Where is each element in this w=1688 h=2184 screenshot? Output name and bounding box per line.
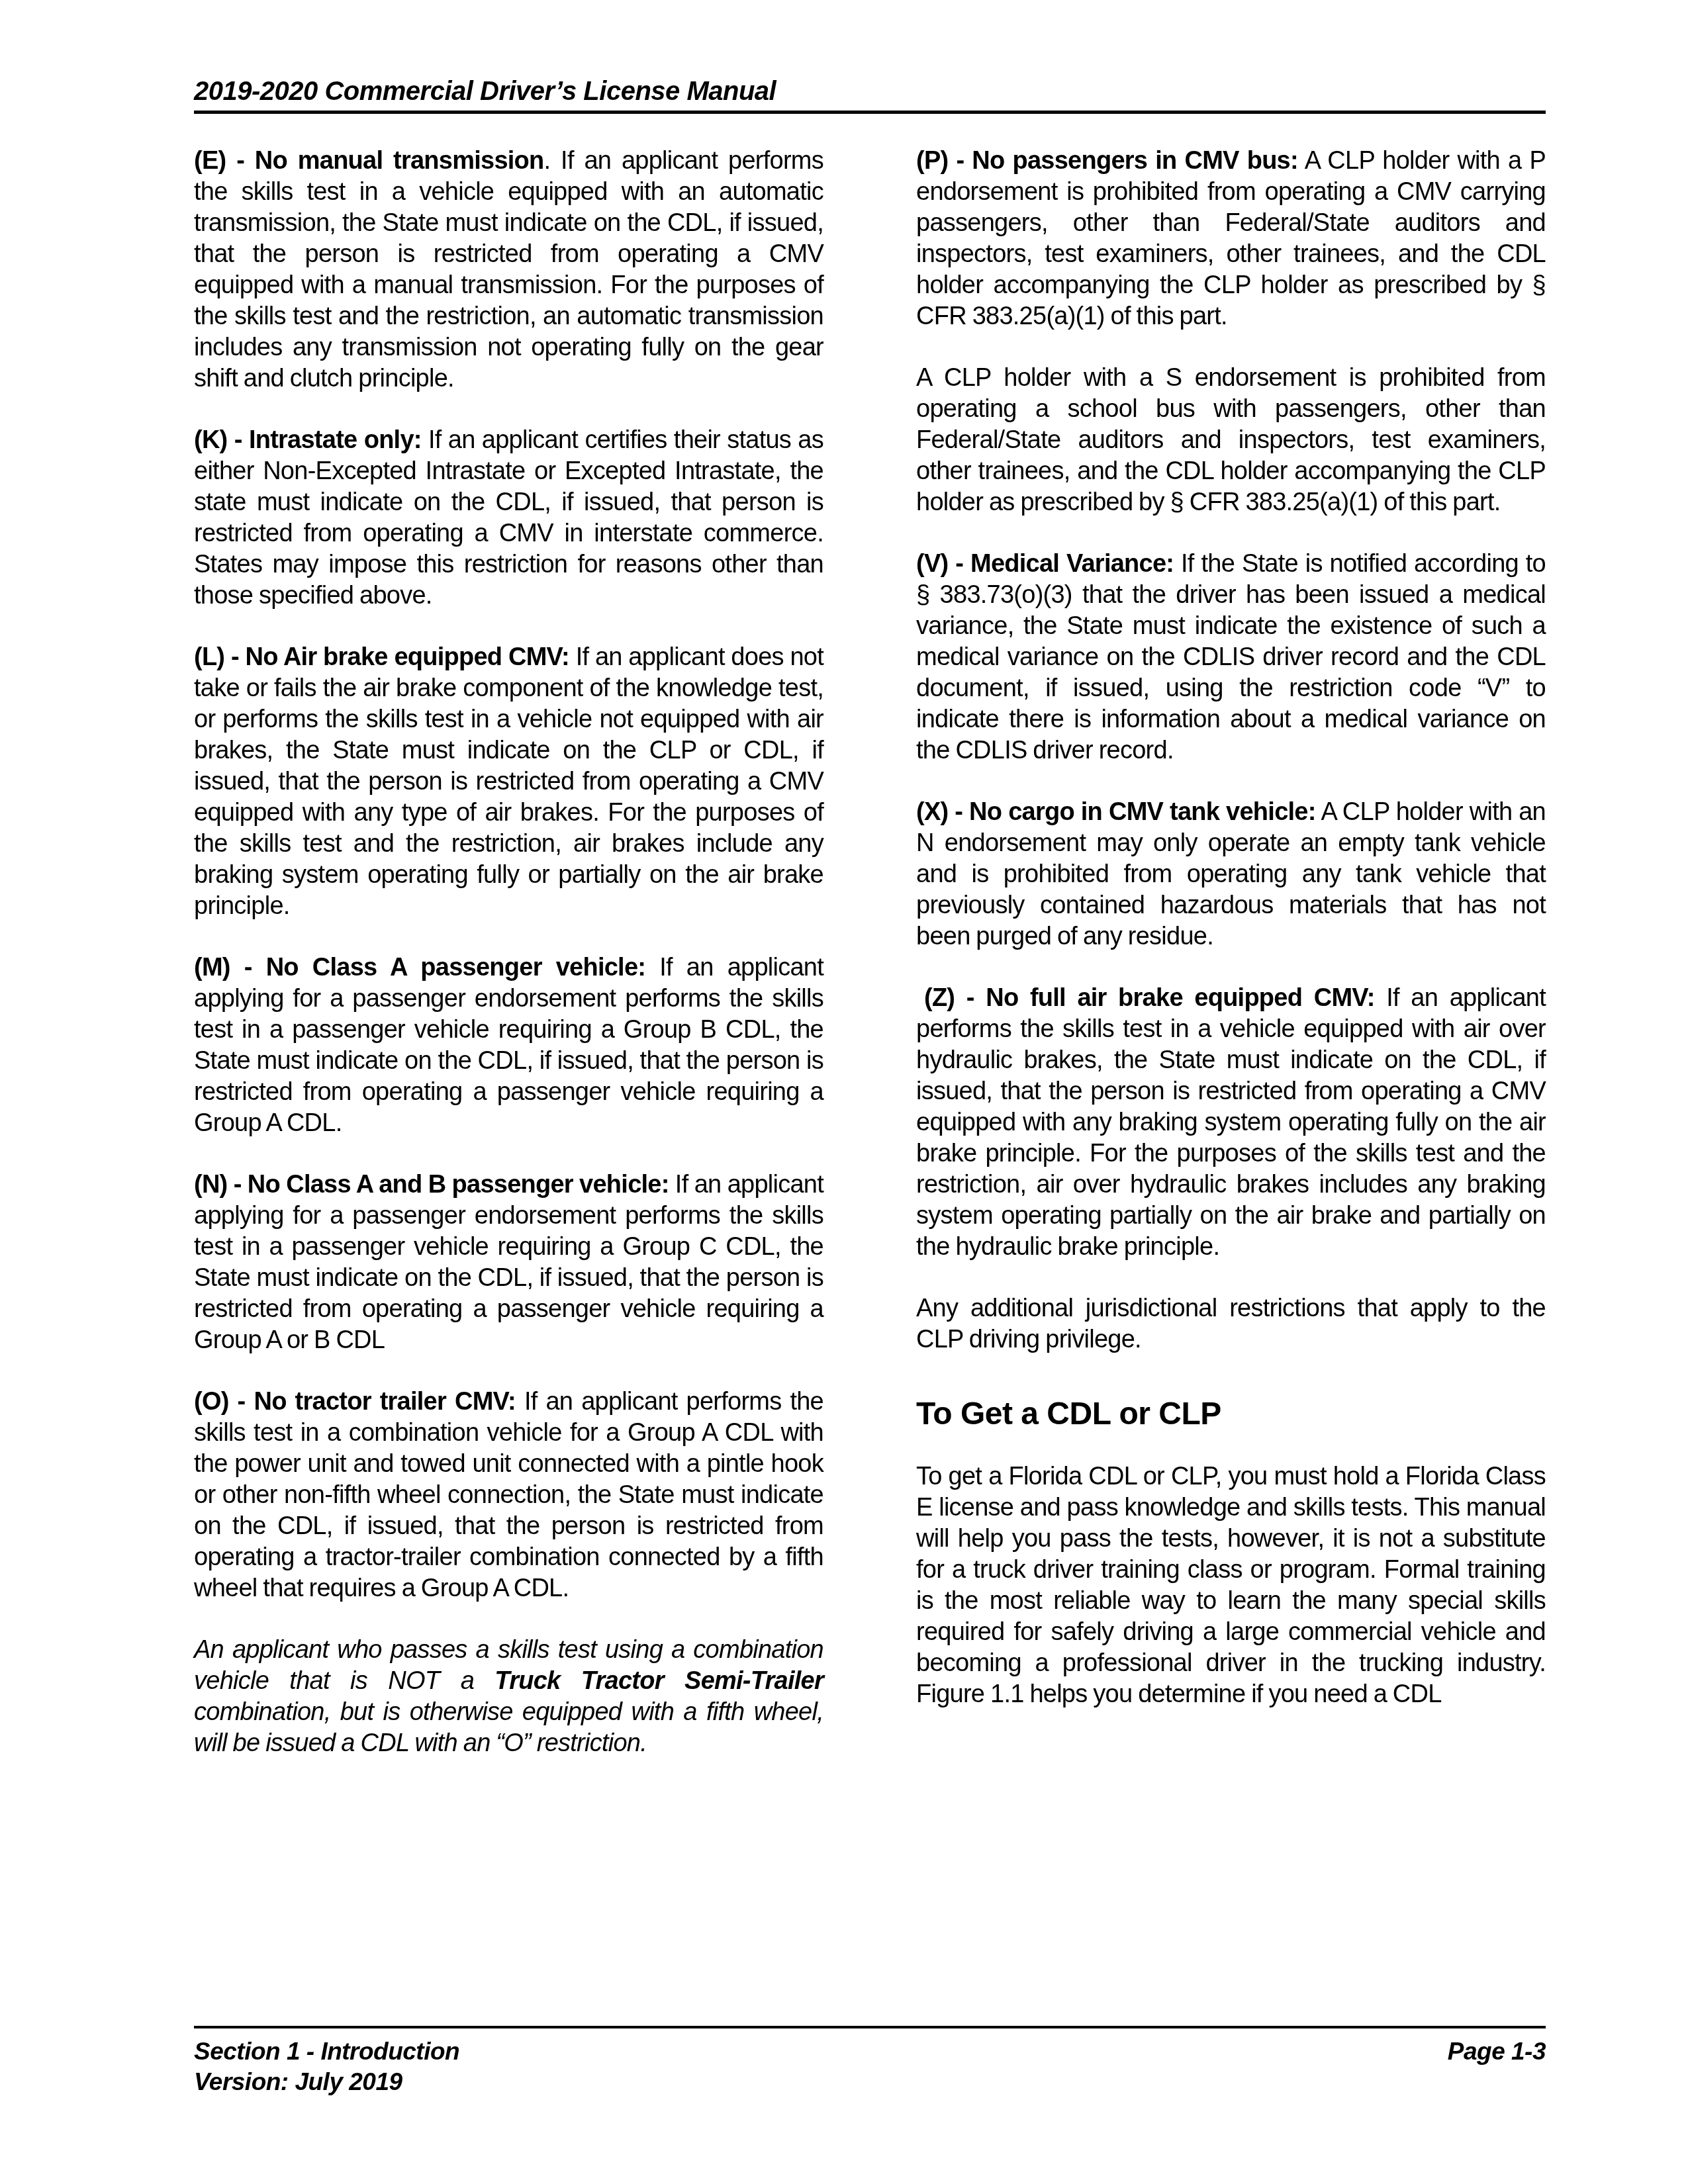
restriction-l-paragraph: (L) - No Air brake equipped CMV: If an a… xyxy=(194,642,823,922)
o-restriction-note-paragraph: An applicant who passes a skills test us… xyxy=(194,1635,823,1759)
header-title: 2019-2020 Commercial Driver’s License Ma… xyxy=(194,77,1546,106)
two-column-body: (E) - No manual transmission. If an appl… xyxy=(194,146,1546,1759)
footer-rule xyxy=(194,2026,1546,2028)
restriction-o-lead: (O) - No tractor trailer CMV: xyxy=(194,1388,516,1416)
footer-row: Section 1 - Introduction Version: July 2… xyxy=(194,2036,1546,2097)
restriction-n-lead: (N) - No Class A and B passenger vehicle… xyxy=(194,1171,669,1199)
restriction-e-text: . If an applicant performs the skills te… xyxy=(194,147,823,392)
restriction-k-lead: (K) - Intrastate only: xyxy=(194,426,422,454)
restriction-p-lead: (P) - No passengers in CMV bus: xyxy=(916,147,1298,175)
footer-section-label: Section 1 - Introduction xyxy=(194,2036,459,2067)
restriction-m-paragraph: (M) - No Class A passenger vehicle: If a… xyxy=(194,952,823,1139)
header-rule xyxy=(194,111,1546,114)
right-column: (P) - No passengers in CMV bus: A CLP ho… xyxy=(916,146,1546,1759)
restriction-z-paragraph: (Z) - No full air brake equipped CMV: If… xyxy=(916,983,1546,1263)
restriction-l-text: If an applicant does not take or fails t… xyxy=(194,643,823,920)
restriction-v-paragraph: (V) - Medical Variance: If the State is … xyxy=(916,549,1546,766)
restriction-z-text: If an applicant performs the skills test… xyxy=(916,984,1546,1261)
restriction-p-paragraph: (P) - No passengers in CMV bus: A CLP ho… xyxy=(916,146,1546,332)
restriction-e-paragraph: (E) - No manual transmission. If an appl… xyxy=(194,146,823,394)
restriction-e-lead: (E) - No manual transmission xyxy=(194,147,544,175)
get-cdl-paragraph: To get a Florida CDL or CLP, you must ho… xyxy=(916,1461,1546,1710)
jurisdictional-restrictions-paragraph: Any additional jurisdictional restrictio… xyxy=(916,1293,1546,1355)
note-bold-text: Truck Tractor Semi-Trailer xyxy=(494,1667,823,1695)
note-text-2: combination, but is otherwise equipped w… xyxy=(194,1698,823,1757)
restriction-v-lead: (V) - Medical Variance: xyxy=(916,550,1174,578)
restriction-v-text: If the State is notified according to § … xyxy=(916,550,1546,764)
restriction-x-lead: (X) - No cargo in CMV tank vehicle: xyxy=(916,798,1316,826)
restriction-l-lead: (L) - No Air brake equipped CMV: xyxy=(194,643,569,671)
footer-version-label: Version: July 2019 xyxy=(194,2067,459,2097)
s-endorsement-paragraph: A CLP holder with a S endorsement is pro… xyxy=(916,363,1546,518)
footer-left-block: Section 1 - Introduction Version: July 2… xyxy=(194,2036,459,2097)
restriction-z-lead: (Z) - No full air brake equipped CMV: xyxy=(924,984,1375,1012)
restriction-m-lead: (M) - No Class A passenger vehicle: xyxy=(194,954,645,981)
footer-page-number: Page 1-3 xyxy=(1448,2036,1546,2067)
restriction-n-paragraph: (N) - No Class A and B passenger vehicle… xyxy=(194,1169,823,1356)
restriction-o-paragraph: (O) - No tractor trailer CMV: If an appl… xyxy=(194,1387,823,1604)
manual-page: 2019-2020 Commercial Driver’s License Ma… xyxy=(0,0,1688,2184)
page-footer: Section 1 - Introduction Version: July 2… xyxy=(194,2026,1546,2097)
to-get-cdl-heading: To Get a CDL or CLP xyxy=(916,1396,1546,1432)
restriction-x-paragraph: (X) - No cargo in CMV tank vehicle: A CL… xyxy=(916,797,1546,952)
left-column: (E) - No manual transmission. If an appl… xyxy=(194,146,823,1759)
restriction-o-text: If an applicant performs the skills test… xyxy=(194,1388,823,1602)
restriction-k-paragraph: (K) - Intrastate only: If an applicant c… xyxy=(194,425,823,612)
page-header: 2019-2020 Commercial Driver’s License Ma… xyxy=(194,77,1546,114)
